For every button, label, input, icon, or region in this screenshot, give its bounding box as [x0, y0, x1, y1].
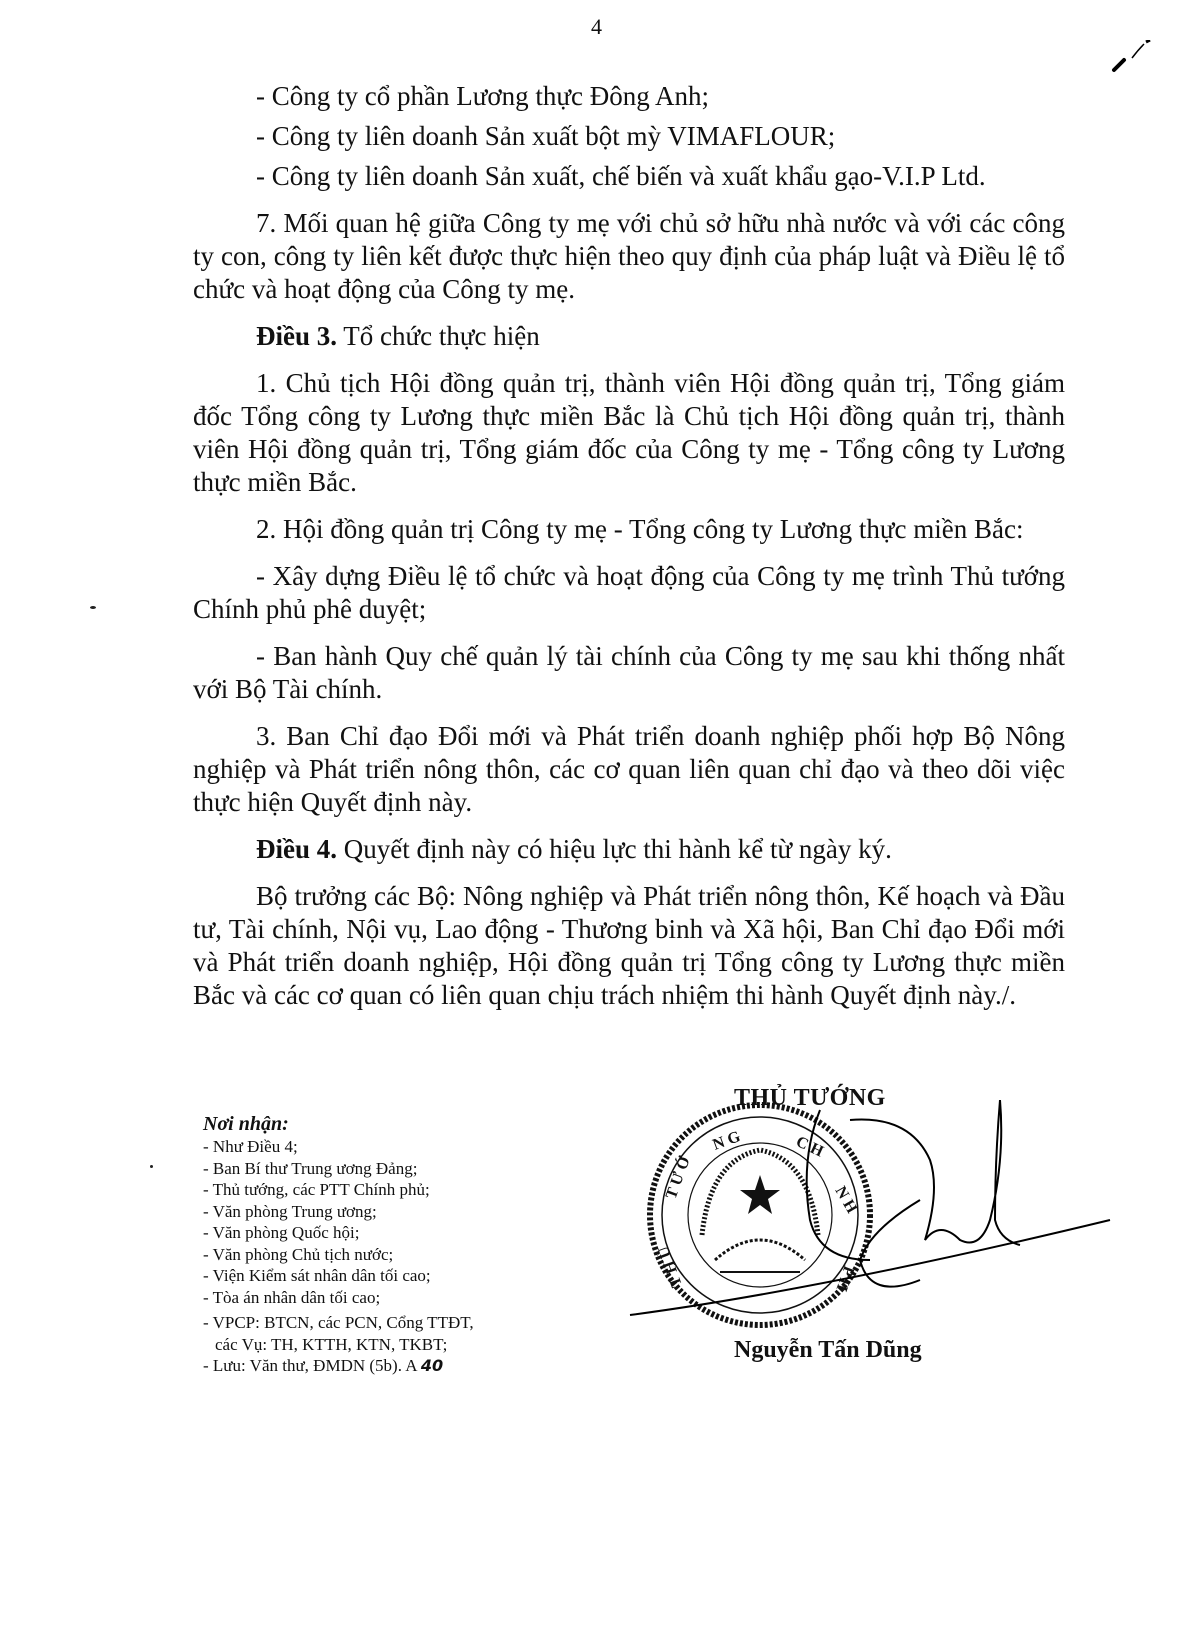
scan-speck — [150, 1165, 153, 1168]
document-body: - Công ty cổ phần Lương thực Đông Anh; -… — [193, 80, 1065, 1012]
recipients-block: Nơi nhận: - Như Điều 4; - Ban Bí thư Tru… — [203, 1112, 623, 1377]
official-seal-and-signature: N G C H N H T Ư Ớ T H Ủ P H — [620, 1100, 1120, 1340]
recipient-item: - Văn phòng Trung ương; — [203, 1201, 623, 1223]
article-3-clause-2b: - Ban hành Quy chế quản lý tài chính của… — [193, 640, 1065, 706]
article-3-clause-1: 1. Chủ tịch Hội đồng quản trị, thành viê… — [193, 367, 1065, 499]
recipient-item: - Ban Bí thư Trung ương Đảng; — [203, 1158, 623, 1180]
article-3-clause-2: 2. Hội đồng quản trị Công ty mẹ - Tổng c… — [193, 513, 1065, 546]
article-4-heading: Điều 4. Quyết định này có hiệu lực thi h… — [193, 833, 1065, 866]
recipient-item: - Văn phòng Quốc hội; — [203, 1222, 623, 1244]
article-4-label: Điều 4. — [256, 834, 337, 864]
signer-name: Nguyễn Tấn Dũng — [734, 1337, 922, 1364]
archive-text: - Lưu: Văn thư, ĐMDN (5b). A — [203, 1356, 417, 1375]
scan-speck — [90, 606, 96, 609]
article-4-title: Quyết định này có hiệu lực thi hành kể t… — [337, 834, 892, 864]
recipient-item: - Thủ tướng, các PTT Chính phủ; — [203, 1179, 623, 1201]
article-3-clause-3: 3. Ban Chỉ đạo Đổi mới và Phát triển doa… — [193, 720, 1065, 819]
article-3-clause-2a: - Xây dựng Điều lệ tổ chức và hoạt động … — [193, 560, 1065, 626]
recipient-item-continuation: các Vụ: TH, KTTH, KTN, TKBT; — [203, 1334, 623, 1356]
article-3-title: Tổ chức thực hiện — [337, 321, 540, 351]
archive-handwritten-count: 40 — [421, 1356, 443, 1375]
recipient-item: - Văn phòng Chủ tịch nước; — [203, 1244, 623, 1266]
subsidiary-item: - Công ty liên doanh Sản xuất bột mỳ VIM… — [193, 120, 1065, 153]
seal-icon: N G C H N H T Ư Ớ T H Ủ P H — [620, 1100, 1120, 1340]
archive-note: - Lưu: Văn thư, ĐMDN (5b). A 40 — [203, 1355, 623, 1377]
svg-text:T H Ủ: T H Ủ — [653, 1243, 686, 1290]
article-3-heading: Điều 3. Tổ chức thực hiện — [193, 320, 1065, 353]
page-number: 4 — [0, 14, 1193, 40]
subsidiary-item: - Công ty liên doanh Sản xuất, chế biến … — [193, 160, 1065, 193]
recipient-item: - Tòa án nhân dân tối cao; — [203, 1287, 623, 1309]
recipient-item: - VPCP: BTCN, các PCN, Cổng TTĐT, — [203, 1312, 623, 1334]
subsidiary-item: - Công ty cổ phần Lương thực Đông Anh; — [193, 80, 1065, 113]
clause-7: 7. Mối quan hệ giữa Công ty mẹ với chủ s… — [193, 207, 1065, 306]
recipients-title: Nơi nhận: — [203, 1112, 623, 1136]
handwritten-mark-icon — [1110, 40, 1190, 90]
recipient-item: - Như Điều 4; — [203, 1136, 623, 1158]
recipient-item: - Viện Kiểm sát nhân dân tối cao; — [203, 1265, 623, 1287]
article-3-label: Điều 3. — [256, 321, 337, 351]
svg-text:N H: N H — [832, 1184, 861, 1217]
article-4-responsibility: Bộ trưởng các Bộ: Nông nghiệp và Phát tr… — [193, 880, 1065, 1012]
svg-text:N G: N G — [711, 1128, 744, 1154]
